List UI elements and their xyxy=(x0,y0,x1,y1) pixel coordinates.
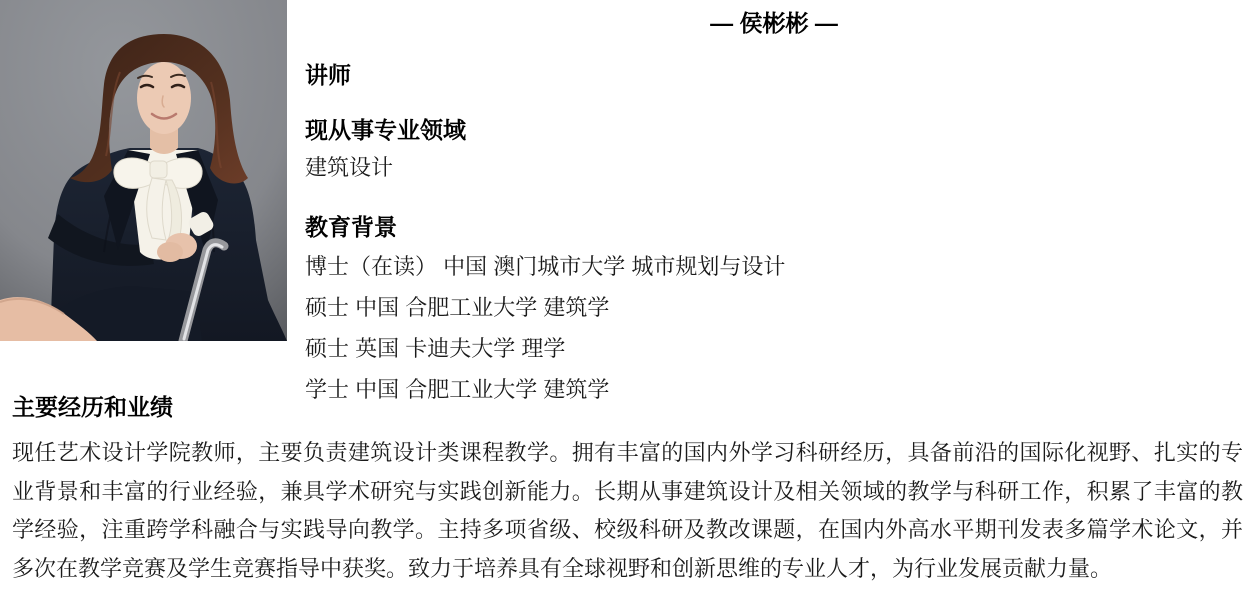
profile-page: — 侯彬彬 — 讲师 现从事专业领域 建筑设计 教育背景 博士（在读） 中国 澳… xyxy=(0,0,1249,591)
experience-text: 现任艺术设计学院教师，主要负责建筑设计类课程教学。拥有丰富的国内外学习科研经历，… xyxy=(12,434,1243,588)
experience-heading: 主要经历和业绩 xyxy=(12,394,1243,420)
field-value: 建筑设计 xyxy=(305,154,1243,182)
education-item: 硕士 中国 合肥工业大学 建筑学 xyxy=(305,294,1243,322)
title-heading: 讲师 xyxy=(305,61,1243,89)
education-heading: 教育背景 xyxy=(305,213,1243,241)
profile-name: — 侯彬彬 — xyxy=(305,0,1243,36)
portrait-photo-illustration xyxy=(0,0,287,341)
portrait-photo xyxy=(0,0,287,341)
education-item: 硕士 英国 卡迪夫大学 理学 xyxy=(305,335,1243,363)
profile-details: — 侯彬彬 — 讲师 现从事专业领域 建筑设计 教育背景 博士（在读） 中国 澳… xyxy=(305,0,1243,404)
education-item: 博士（在读） 中国 澳门城市大学 城市规划与设计 xyxy=(305,253,1243,281)
face xyxy=(137,62,191,134)
experience-section: 主要经历和业绩 现任艺术设计学院教师，主要负责建筑设计类课程教学。拥有丰富的国内… xyxy=(12,394,1243,588)
field-heading: 现从事专业领域 xyxy=(305,116,1243,144)
